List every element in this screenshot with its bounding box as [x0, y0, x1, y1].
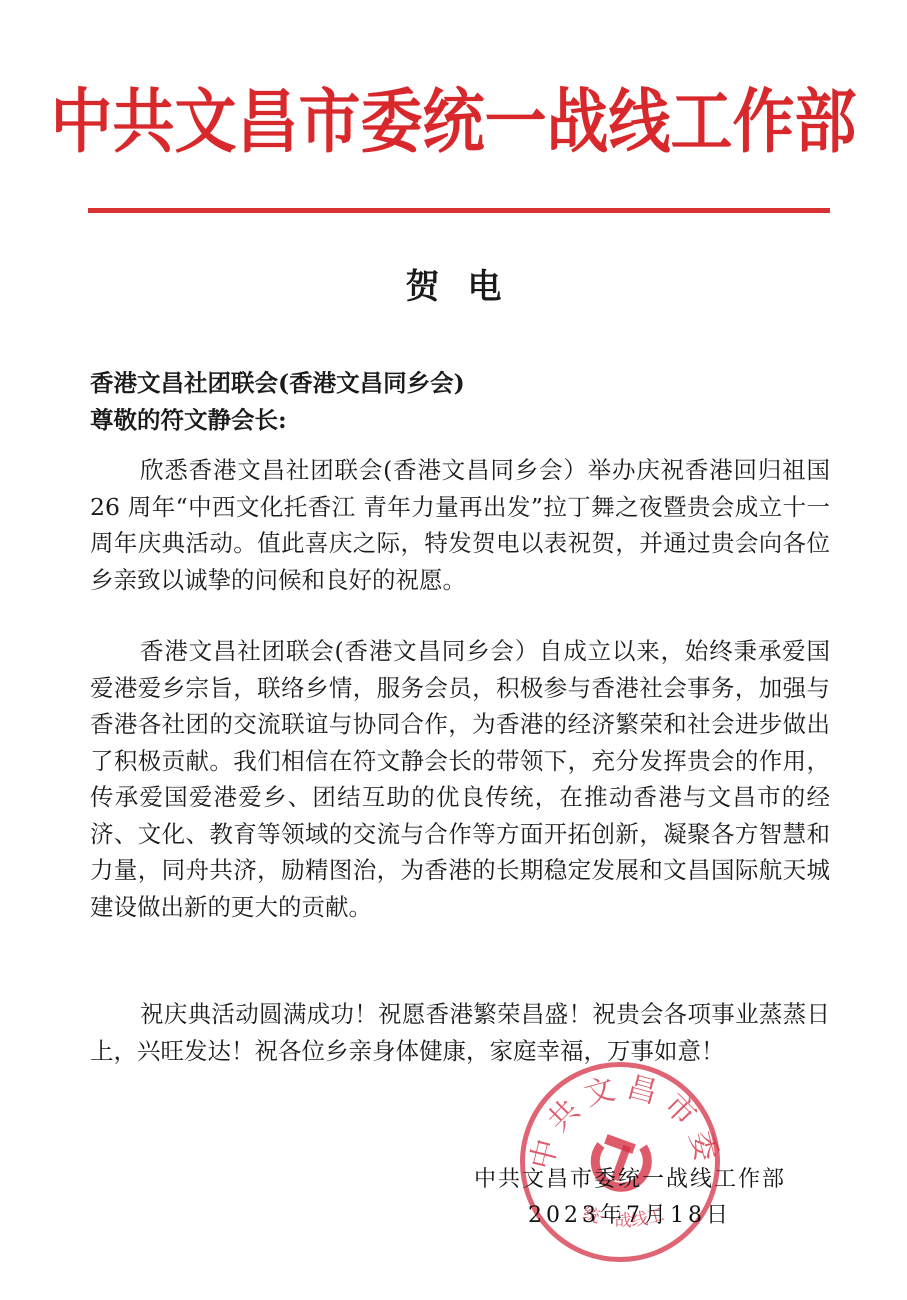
- letterhead-title: 中共文昌市委统一战线工作部: [0, 77, 907, 167]
- recipient-block: 香港文昌社团联会(香港文昌同乡会) 尊敬的符文静会长:: [90, 365, 830, 438]
- salutation: 尊敬的符文静会长:: [90, 402, 830, 439]
- letterhead-red-rule: [88, 208, 830, 213]
- official-seal: 中共文昌市委 统一战线工作部: [520, 1062, 720, 1262]
- paragraph-text: 欣悉香港文昌社团联会(香港文昌同乡会）举办庆祝香港回归祖国 26 周年“中西文化…: [90, 452, 830, 598]
- paragraph-text: 祝庆典活动圆满成功！祝愿香港繁荣昌盛！祝贵会各项事业蒸蒸日上，兴旺发达！祝各位乡…: [90, 996, 830, 1069]
- document-title: 贺电: [0, 262, 907, 312]
- recipient-organization: 香港文昌社团联会(香港文昌同乡会): [90, 365, 830, 402]
- paragraph-2: 香港文昌社团联会(香港文昌同乡会）自成立以来，始终秉承爱国爱港爱乡宗旨，联络乡情…: [90, 633, 830, 925]
- paragraph-text: 香港文昌社团联会(香港文昌同乡会）自成立以来，始终秉承爱国爱港爱乡宗旨，联络乡情…: [90, 633, 830, 925]
- signature-date: 2023年7月18日: [430, 1200, 830, 1232]
- paragraph-3: 祝庆典活动圆满成功！祝愿香港繁荣昌盛！祝贵会各项事业蒸蒸日上，兴旺发达！祝各位乡…: [90, 996, 830, 1069]
- signature-organization: 中共文昌市委统一战线工作部: [430, 1164, 830, 1196]
- paragraph-1: 欣悉香港文昌社团联会(香港文昌同乡会）举办庆祝香港回归祖国 26 周年“中西文化…: [90, 452, 830, 598]
